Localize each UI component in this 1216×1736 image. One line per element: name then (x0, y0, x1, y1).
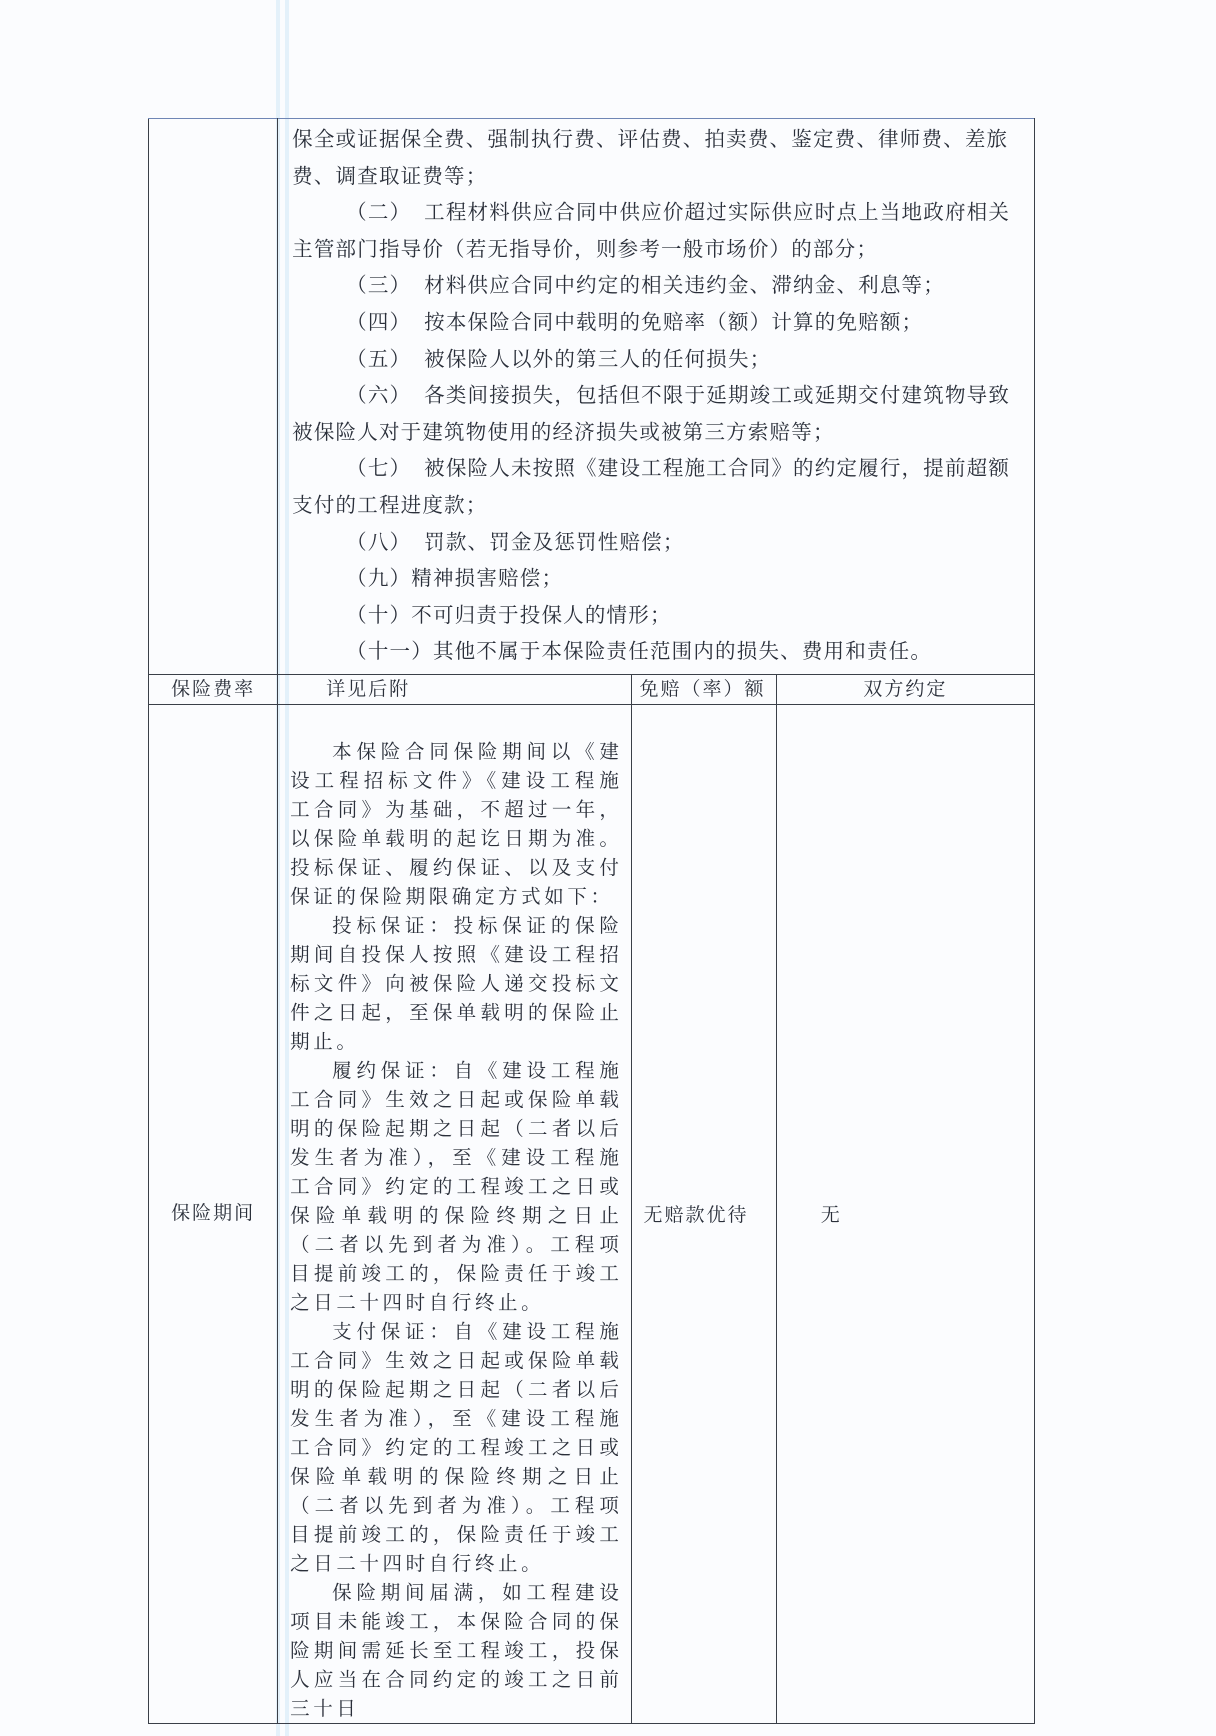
exclusion-continuation: 保全或证据保全费、强制执行费、评估费、拍卖费、鉴定费、律师费、差旅费、调查取证费… (292, 121, 1022, 194)
exclusion-item: （五）被保险人以外的第三人的任何损失； (292, 341, 1022, 378)
insurance-period-label: 保险期间 (149, 704, 278, 1723)
exclusions-list: 保全或证据保全费、强制执行费、评估费、拍卖费、鉴定费、律师费、差旅费、调查取证费… (278, 119, 1034, 674)
exclusion-item: （七）被保险人未按照《建设工程施工合同》的约定履行，提前超额支付的工程进度款； (292, 450, 1022, 523)
exclusions-row: 保全或证据保全费、强制执行费、评估费、拍卖费、鉴定费、律师费、差旅费、调查取证费… (149, 119, 1035, 675)
insurance-period-row: 保险期间 本保险合同保险期间以《建设工程招标文件》《建设工程施工合同》为基础，不… (149, 704, 1035, 1723)
premium-rate-row: 保险费率 详见后附 免赔（率）额 双方约定 (149, 674, 1035, 704)
period-paragraph: 本保险合同保险期间以《建设工程招标文件》《建设工程施工合同》为基础，不超过一年，… (290, 737, 622, 911)
period-paragraph: 投标保证：投标保证的保险期间自投保人按照《建设工程招标文件》向被保险人递交投标文… (290, 911, 622, 1056)
premium-rate-label: 保险费率 (149, 674, 278, 704)
exclusion-item: （三）材料供应合同中约定的相关违约金、滞纳金、利息等； (292, 267, 1022, 304)
period-paragraph: 支付保证：自《建设工程施工合同》生效之日起或保险单载明的保险起期之日起（二者以后… (290, 1317, 622, 1578)
exclusion-item: （九）精神损害赔偿； (292, 560, 1022, 597)
exclusions-content-cell: 保全或证据保全费、强制执行费、评估费、拍卖费、鉴定费、律师费、差旅费、调查取证费… (278, 119, 1035, 675)
insurance-terms-table: 保全或证据保全费、强制执行费、评估费、拍卖费、鉴定费、律师费、差旅费、调查取证费… (148, 118, 1035, 1724)
exclusions-label-cell (149, 119, 278, 675)
exclusion-item: （十）不可归责于投保人的情形； (292, 597, 1022, 634)
period-paragraph: 履约保证：自《建设工程施工合同》生效之日起或保险单载明的保险起期之日起（二者以后… (290, 1056, 622, 1317)
exclusion-item: （六）各类间接损失，包括但不限于延期竣工或延期交付建筑物导致被保险人对于建筑物使… (292, 377, 1022, 450)
exclusion-item: （八）罚款、罚金及惩罚性赔偿； (292, 524, 1022, 561)
period-paragraph: 保险期间届满，如工程建设项目未能竣工，本保险合同的保险期间需延长至工程竣工，投保… (290, 1578, 622, 1723)
exclusion-item: （二）工程材料供应合同中供应价超过实际供应时点上当地政府相关主管部门指导价（若无… (292, 194, 1022, 267)
agreement-label: 双方约定 (776, 674, 1034, 704)
exclusion-item: （四）按本保险合同中载明的免赔率（额）计算的免赔额； (292, 304, 1022, 341)
deductible-value: 无赔款优待 (631, 704, 776, 1723)
exclusion-item: （十一）其他不属于本保险责任范围内的损失、费用和责任。 (292, 633, 1022, 670)
agreement-value: 无 (776, 704, 1034, 1723)
deductible-label: 免赔（率）额 (631, 674, 776, 704)
premium-rate-value: 详见后附 (278, 674, 631, 704)
insurance-period-text: 本保险合同保险期间以《建设工程招标文件》《建设工程施工合同》为基础，不超过一年，… (278, 705, 630, 1723)
insurance-period-content: 本保险合同保险期间以《建设工程招标文件》《建设工程施工合同》为基础，不超过一年，… (278, 704, 631, 1723)
